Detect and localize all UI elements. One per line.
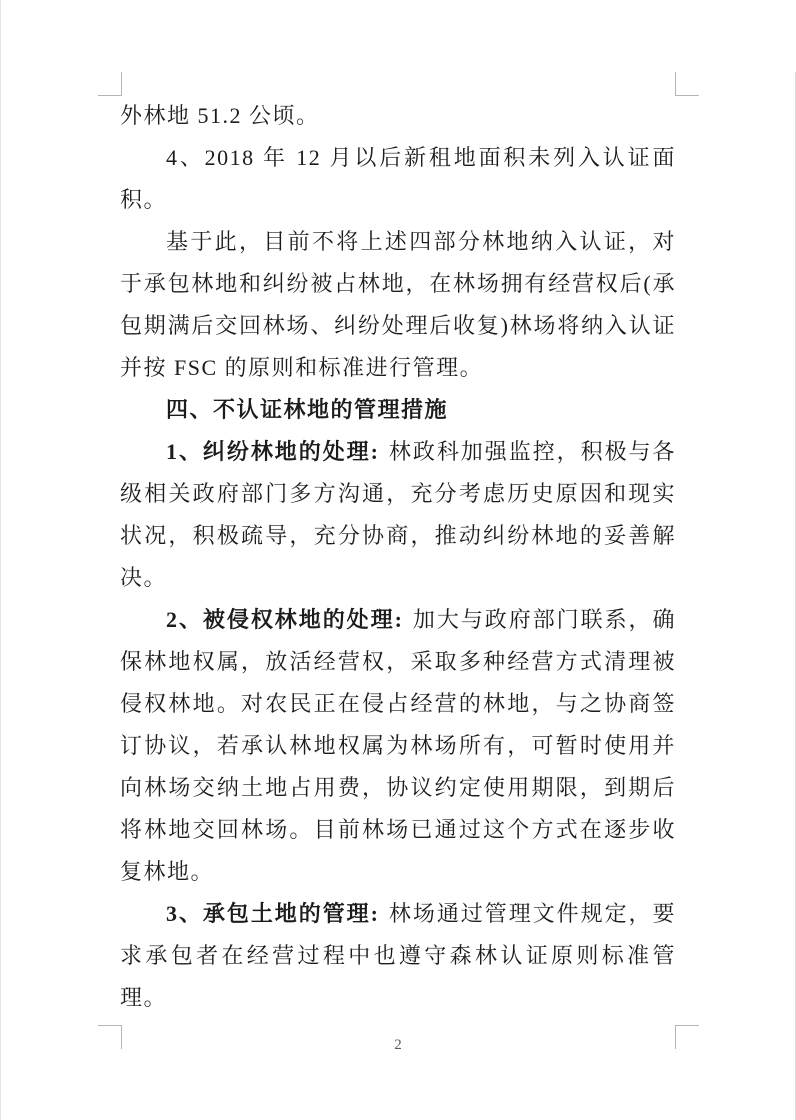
paragraph-text: 基于此，目前不将上述四部分林地纳入认证，对于承包林地和纠纷被占林地，在林场拥有经…	[120, 229, 676, 380]
paragraph-continuation: 外林地 51.2 公顷。	[120, 95, 676, 137]
page-number: 2	[120, 1034, 676, 1056]
paragraph-measure-2: 2、被侵权林地的处理:加大与政府部门联系，确保林地权属，放活经营权，采取多种经营…	[120, 599, 676, 893]
paragraph-bold-label: 3、承包土地的管理:	[166, 901, 388, 926]
crop-mark-top-right	[675, 72, 699, 96]
paragraph-text: 外林地 51.2 公顷。	[120, 103, 320, 128]
crop-mark-top-left	[98, 72, 122, 96]
paragraph-summary: 基于此，目前不将上述四部分林地纳入认证，对于承包林地和纠纷被占林地，在林场拥有经…	[120, 221, 676, 389]
paragraph-bold-label: 2、被侵权林地的处理:	[166, 607, 412, 632]
paragraph-item-4: 4、2018 年 12 月以后新租地面积未列入认证面积。	[120, 137, 676, 221]
paragraph-text: 加大与政府部门联系，确保林地权属，放活经营权，采取多种经营方式清理被侵权林地。对…	[120, 607, 676, 884]
crop-mark-bottom-right	[675, 1025, 699, 1049]
paragraph-bold-label: 1、纠纷林地的处理:	[166, 439, 388, 464]
section-heading-text: 四、不认证林地的管理措施	[166, 397, 448, 422]
document-page: 外林地 51.2 公顷。 4、2018 年 12 月以后新租地面积未列入认证面积…	[0, 0, 796, 1120]
section-heading: 四、不认证林地的管理措施	[120, 389, 676, 431]
paragraph-text: 4、2018 年 12 月以后新租地面积未列入认证面积。	[120, 145, 676, 212]
page-left-edge	[0, 0, 1, 1120]
paragraph-measure-1: 1、纠纷林地的处理:林政科加强监控，积极与各级相关政府部门多方沟通，充分考虑历史…	[120, 431, 676, 599]
paragraph-measure-3: 3、承包土地的管理:林场通过管理文件规定，要求承包者在经营过程中也遵守森林认证原…	[120, 893, 676, 1019]
document-text-body: 外林地 51.2 公顷。 4、2018 年 12 月以后新租地面积未列入认证面积…	[120, 95, 676, 1019]
crop-mark-bottom-left	[98, 1025, 122, 1049]
